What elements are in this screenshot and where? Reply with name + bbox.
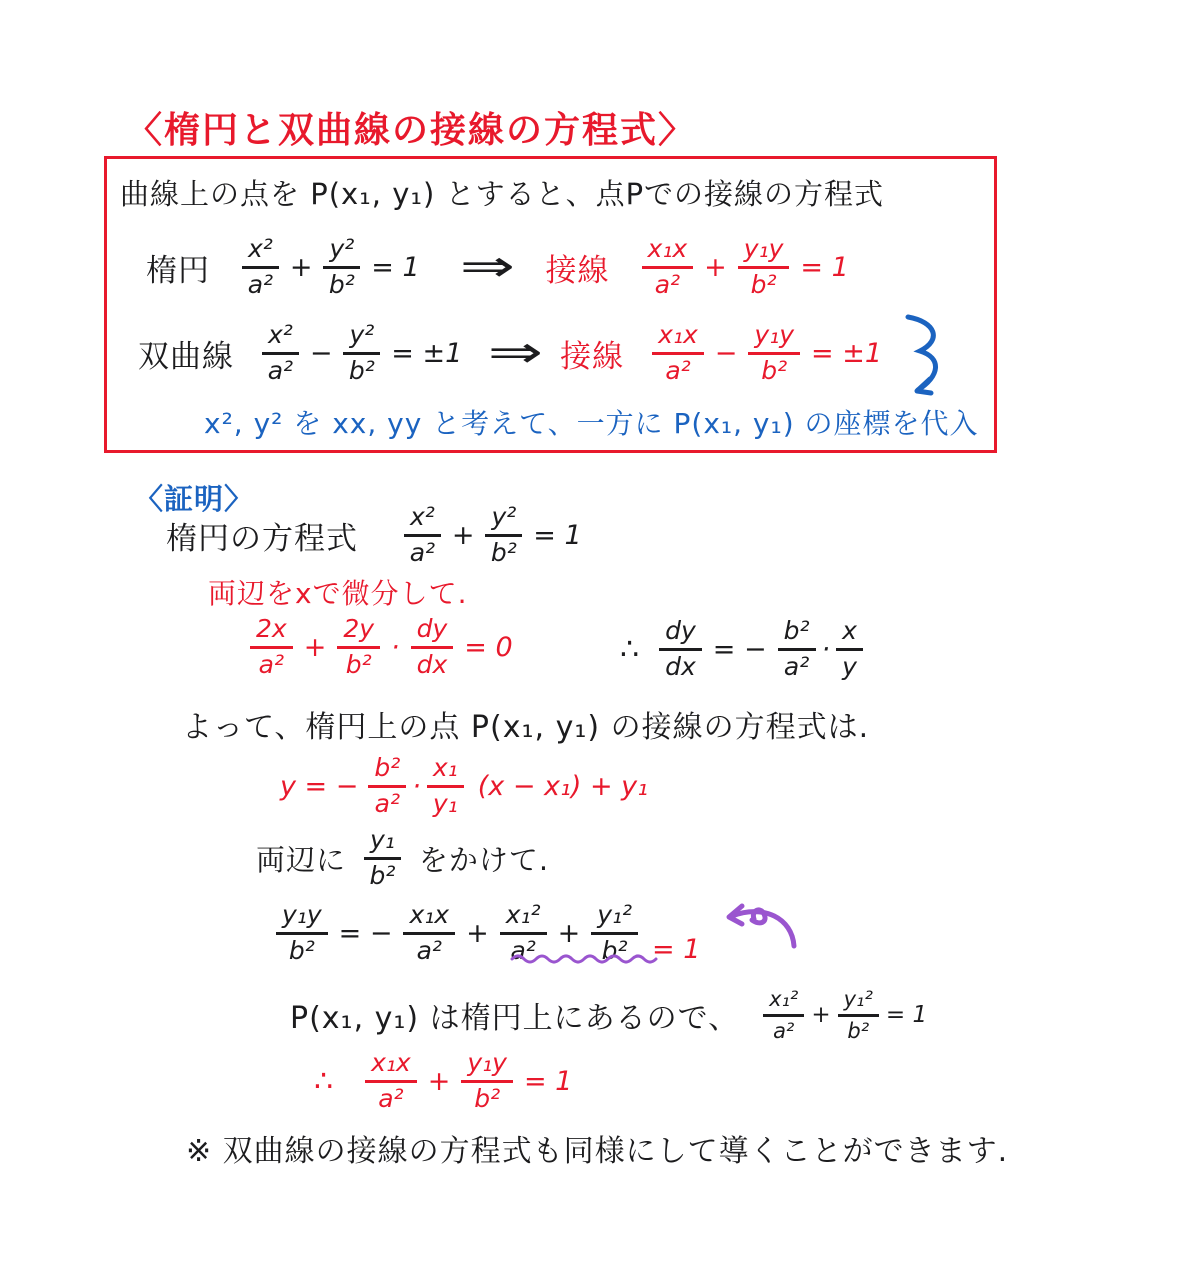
fraction: b²a² xyxy=(368,754,406,819)
numerator: x₁x xyxy=(365,1049,417,1083)
denominator: b² xyxy=(369,860,395,891)
denominator: b² xyxy=(761,355,787,386)
lead-term: y = − xyxy=(280,771,358,802)
implies-arrow-icon: ⇒ xyxy=(488,331,543,375)
hyperbola-row: 双曲線 x²a² − y²b² = ±1 ⇒ 接線 x₁xa² − y₁yb² … xyxy=(138,312,891,394)
numerator: dy xyxy=(659,617,702,651)
numerator: y₁y xyxy=(461,1049,513,1083)
multiply-fraction: y₁b² xyxy=(362,826,403,891)
fraction: y₁yb² xyxy=(738,235,790,300)
equals-rhs: = ±1 xyxy=(391,338,462,369)
ellipse-equation: x²a² + y²b² = 1 xyxy=(240,235,429,300)
box-note-text: x², y² を xx, yy と考えて、一方に P(x₁, y₁) の座標を代… xyxy=(204,402,979,442)
numerator: x² xyxy=(242,235,279,269)
fraction: x₁xa² xyxy=(642,235,694,300)
operator: + xyxy=(704,252,727,283)
denominator: a² xyxy=(410,537,435,568)
numerator: x₁x xyxy=(642,235,694,269)
fraction: y²b² xyxy=(343,321,380,386)
therefore-symbol: ∴ xyxy=(620,632,639,667)
hyperbola-label: 双曲線 xyxy=(138,331,234,376)
fraction: y₁²b² xyxy=(838,987,879,1042)
denominator: b² xyxy=(329,269,355,300)
ellipse-label: 楕円 xyxy=(146,245,210,290)
fraction: y₁yb² xyxy=(276,901,328,966)
fraction: y²b² xyxy=(323,235,360,300)
numerator: y₁ xyxy=(364,826,401,860)
numerator: y₁y xyxy=(276,901,328,935)
operator: + xyxy=(428,1066,451,1097)
ellipse-tangent-equation: x₁xa² + y₁yb² = 1 xyxy=(640,235,858,300)
denominator: a² xyxy=(248,269,273,300)
operator: + xyxy=(290,252,313,283)
fraction: 2xa² xyxy=(250,615,293,680)
operator: + xyxy=(558,918,581,949)
fraction: x₁xa² xyxy=(652,321,704,386)
denominator: b² xyxy=(751,269,777,300)
page-title: 〈楕円と双曲線の接線の方程式〉 xyxy=(126,102,696,153)
equals-rhs: = 1 xyxy=(524,1066,572,1097)
dot-operator: · xyxy=(391,632,400,663)
equals-rhs: = 1 xyxy=(371,252,419,283)
denominator: a² xyxy=(259,649,284,680)
numerator: y² xyxy=(485,503,522,537)
equals-rhs: = ±1 xyxy=(811,338,882,369)
denominator: dx xyxy=(665,651,696,682)
numerator: y₁y xyxy=(748,321,800,355)
fraction: b²a² xyxy=(778,617,816,682)
fraction: x₁xa² xyxy=(403,901,455,966)
ellipse-row: 楕円 x²a² + y²b² = 1 ⇒ 接線 x₁xa² + y₁yb² = … xyxy=(146,226,858,308)
on-ellipse-equation: x₁²a² + y₁²b² = 1 xyxy=(761,987,932,1042)
box-intro-text: 曲線上の点を P(x₁, y₁) とすると、点Pでの接線の方程式 xyxy=(120,172,884,213)
denominator: a² xyxy=(773,1017,794,1043)
derivative-equation: 2xa² + 2yb² · dydx = 0 xyxy=(248,606,522,688)
hyperbola-tangent-equation: x₁xa² − y₁yb² = ±1 xyxy=(650,321,891,386)
numerator: y² xyxy=(323,235,360,269)
equals-rhs: = 1 xyxy=(533,520,581,551)
numerator: x₁² xyxy=(763,987,804,1016)
handwritten-math-note: 〈楕円と双曲線の接線の方程式〉 曲線上の点を P(x₁, y₁) とすると、点P… xyxy=(0,0,1193,1278)
multiply-post-text: をかけて. xyxy=(419,838,549,879)
ellipse-tangent-label: 接線 xyxy=(546,245,610,290)
fraction: xy xyxy=(836,617,863,682)
expanded-equation: y₁yb² = − x₁xa² + x₁²a² + y₁²b² = 1 xyxy=(274,888,700,978)
operator: − xyxy=(310,338,333,369)
fraction: y²b² xyxy=(485,503,522,568)
denominator: b² xyxy=(289,935,315,966)
numerator: b² xyxy=(368,754,406,788)
denominator: y xyxy=(842,651,857,682)
fraction: y₁yb² xyxy=(748,321,800,386)
derivative-result: ∴ dydx = − b²a² · xy xyxy=(620,610,865,688)
equals-rhs: = 1 xyxy=(886,1002,927,1028)
numerator: 2y xyxy=(337,615,380,649)
fraction: y₁yb² xyxy=(461,1049,513,1114)
numerator: y₁² xyxy=(838,987,879,1016)
blue-curly-arrow-icon xyxy=(900,310,948,398)
denominator: b² xyxy=(346,649,372,680)
numerator: x₁² xyxy=(500,901,547,935)
numerator: dy xyxy=(411,615,454,649)
fraction: 2yb² xyxy=(337,615,380,680)
denominator: a² xyxy=(784,651,809,682)
equals-rhs: = 1 xyxy=(800,252,848,283)
conclusion-equation: ∴ x₁xa² + y₁yb² = 1 xyxy=(314,1042,581,1120)
numerator: y₁² xyxy=(591,901,638,935)
denominator: b² xyxy=(349,355,375,386)
multiply-line: 両辺に y₁b² をかけて. xyxy=(256,820,549,896)
numerator: 2x xyxy=(250,615,293,649)
operator: + xyxy=(811,1002,830,1028)
denominator: a² xyxy=(417,935,442,966)
denominator: y₁ xyxy=(433,788,458,819)
numerator: x xyxy=(836,617,863,651)
fraction: x₁²a² xyxy=(763,987,804,1042)
fraction: x₁xa² xyxy=(365,1049,417,1114)
fraction: dydx xyxy=(411,615,454,680)
tangent-intro-text: よって、楕円上の点 P(x₁, y₁) の接線の方程式は. xyxy=(182,702,869,746)
denominator: b² xyxy=(474,1083,500,1114)
equals-rhs: = 0 xyxy=(464,632,512,663)
operator: + xyxy=(466,918,489,949)
numerator: y₁y xyxy=(738,235,790,269)
numerator: x₁x xyxy=(403,901,455,935)
operator: + xyxy=(304,632,327,663)
fraction: dydx xyxy=(659,617,702,682)
proof-ellipse-equation-line: 楕円の方程式 x²a² + y²b² = 1 xyxy=(166,498,591,572)
numerator: y² xyxy=(343,321,380,355)
dot-operator: · xyxy=(822,634,831,665)
purple-wavy-underline xyxy=(510,952,662,964)
tail-term: (x − x₁) + y₁ xyxy=(478,771,648,802)
fraction: x²a² xyxy=(262,321,299,386)
denominator: b² xyxy=(847,1017,869,1043)
dot-operator: · xyxy=(412,771,421,802)
numerator: x₁x xyxy=(652,321,704,355)
proof-ellipse-equation: x²a² + y²b² = 1 xyxy=(402,503,591,568)
point-on-ellipse-line: P(x₁, y₁) は楕円上にあるので、 x₁²a² + y₁²b² = 1 xyxy=(290,978,932,1052)
fraction: y₁b² xyxy=(364,826,401,891)
purple-loop-arrow-icon xyxy=(706,896,800,954)
denominator: a² xyxy=(655,269,680,300)
multiply-pre-text: 両辺に xyxy=(256,838,346,879)
hyperbola-equation: x²a² − y²b² = ±1 xyxy=(260,321,471,386)
denominator: a² xyxy=(375,788,400,819)
denominator: dx xyxy=(417,649,448,680)
denominator: a² xyxy=(378,1083,403,1114)
denominator: b² xyxy=(491,537,517,568)
numerator: x₁ xyxy=(427,754,464,788)
operator: + xyxy=(452,520,475,551)
numerator: x² xyxy=(262,321,299,355)
hyperbola-tangent-label: 接線 xyxy=(560,331,624,376)
fraction: x²a² xyxy=(404,503,441,568)
denominator: a² xyxy=(665,355,690,386)
on-ellipse-text: P(x₁, y₁) は楕円上にあるので、 xyxy=(290,993,739,1037)
numerator: x² xyxy=(404,503,441,537)
equals-minus: = − xyxy=(339,918,393,949)
tangent-line-equation: y = − b²a² · x₁y₁ (x − x₁) + y₁ xyxy=(280,750,648,822)
final-remark: ※ 双曲線の接線の方程式も同様にして導くことができます. xyxy=(186,1126,1008,1170)
fraction: x₁y₁ xyxy=(427,754,464,819)
numerator: b² xyxy=(778,617,816,651)
operator: − xyxy=(715,338,738,369)
implies-arrow-icon: ⇒ xyxy=(459,245,514,289)
therefore-symbol: ∴ xyxy=(314,1064,333,1099)
proof-eq-label: 楕円の方程式 xyxy=(166,513,358,558)
denominator: a² xyxy=(268,355,293,386)
fraction: x²a² xyxy=(242,235,279,300)
equals-minus: = − xyxy=(713,634,767,665)
